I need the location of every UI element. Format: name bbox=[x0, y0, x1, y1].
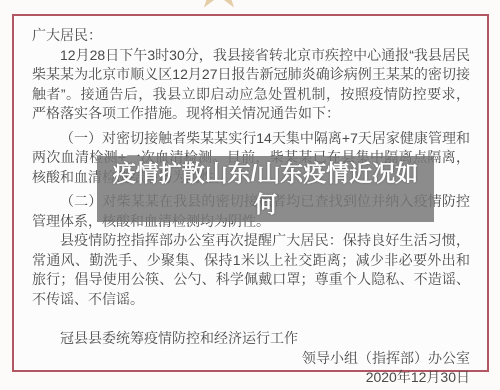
caption-title-line1: 疫情扩散山东/山东疫情近况如 bbox=[113, 158, 418, 189]
signature-org-line2: 领导小组（指挥部）办公室 bbox=[32, 349, 470, 369]
signature-org-line1: 冠县县委统筹疫情防控和经济运行工作 bbox=[32, 329, 470, 349]
caption-overlay: 疫情扩散山东/山东疫情近况如 何 bbox=[97, 156, 434, 222]
notice-salutation: 广大居民： bbox=[32, 26, 470, 46]
gold-star-emblem-icon bbox=[192, 0, 246, 12]
caption-title-line2: 何 bbox=[254, 189, 277, 220]
notice-page: 广大居民： 12月28日下午3时30分，我县接省转北京市疾控中心通报“我县居民柴… bbox=[0, 0, 500, 390]
signature-block: 冠县县委统筹疫情防控和经济运行工作 领导小组（指挥部）办公室 2020年12月3… bbox=[32, 329, 470, 388]
signature-date: 2020年12月30日 bbox=[32, 368, 470, 388]
notice-paragraph-reminder: 县疫情防控指挥部办公室再次提醒广大居民：保持良好生活习惯，常通风、勤洗手、少聚集… bbox=[32, 231, 470, 309]
notice-paragraph-intro: 12月28日下午3时30分，我县接省转北京市疾控中心通报“我县居民柴某某为北京市… bbox=[32, 46, 470, 124]
